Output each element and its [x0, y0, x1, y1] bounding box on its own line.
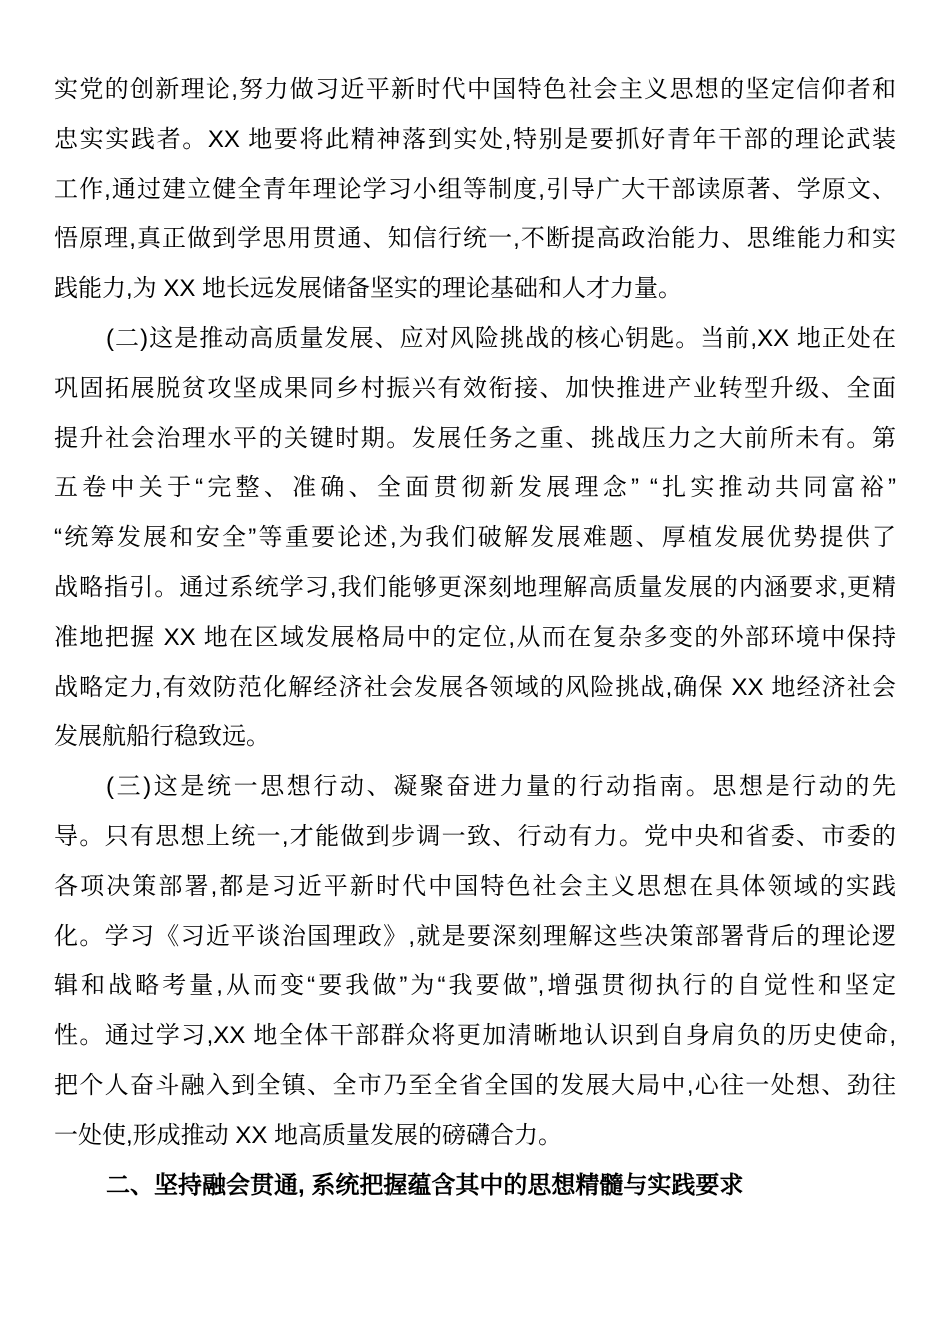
document-page: 实党的创新理论,努力做习近平新时代中国特色社会主义思想的坚定信仰者和忠实实践者。… — [0, 0, 950, 1344]
text-line: “统筹发展和安全”等重要论述,为我们破解发展难题、厚植发展优势提供了 — [54, 513, 896, 563]
text-line: 一处使,形成推动 XX 地高质量发展的磅礴合力。 — [54, 1111, 896, 1161]
text-line: 把个人奋斗融入到全镇、全市乃至全省全国的发展大局中,心往一处想、劲往 — [54, 1061, 896, 1111]
text-line: 辑和战略考量,从而变“要我做”为“我要做”,增强贯彻执行的自觉性和坚定 — [54, 961, 896, 1011]
text-line: 发展航船行稳致远。 — [54, 712, 896, 762]
text-line: 性。通过学习,XX 地全体干部群众将更加清晰地认识到自身肩负的历史使命, — [54, 1011, 896, 1061]
paragraph-4-section-heading: 二、坚持融会贯通, 系统把握蕴含其中的思想精髓与实践要求 — [54, 1161, 896, 1211]
document-body: 实党的创新理论,努力做习近平新时代中国特色社会主义思想的坚定信仰者和忠实实践者。… — [54, 65, 896, 1210]
text-line: (二)这是推动高质量发展、应对风险挑战的核心钥匙。当前,XX 地正处在 — [54, 314, 896, 364]
text-line: (三)这是统一思想行动、凝聚奋进力量的行动指南。思想是行动的先 — [54, 762, 896, 812]
text-line: 导。只有思想上统一,才能做到步调一致、行动有力。党中央和省委、市委的 — [54, 812, 896, 862]
text-line: 工作,通过建立健全青年理论学习小组等制度,引导广大干部读原著、学原文、 — [54, 165, 896, 215]
paragraph-1-continuation: 实党的创新理论,努力做习近平新时代中国特色社会主义思想的坚定信仰者和忠实实践者。… — [54, 65, 896, 314]
text-line: 悟原理,真正做到学思用贯通、知信行统一,不断提高政治能力、思维能力和实 — [54, 214, 896, 264]
text-line: 准地把握 XX 地在区域发展格局中的定位,从而在复杂多变的外部环境中保持 — [54, 613, 896, 663]
text-line: 巩固拓展脱贫攻坚成果同乡村振兴有效衔接、加快推进产业转型升级、全面 — [54, 364, 896, 414]
text-line: 二、坚持融会贯通, 系统把握蕴含其中的思想精髓与实践要求 — [54, 1161, 896, 1211]
text-line: 战略定力,有效防范化解经济社会发展各领域的风险挑战,确保 XX 地经济社会 — [54, 663, 896, 713]
text-line: 各项决策部署,都是习近平新时代中国特色社会主义思想在具体领域的实践 — [54, 862, 896, 912]
paragraph-2-point-two: (二)这是推动高质量发展、应对风险挑战的核心钥匙。当前,XX 地正处在巩固拓展脱… — [54, 314, 896, 762]
text-line: 五卷中关于“完整、准确、全面贯彻新发展理念” “扎实推动共同富裕” — [54, 463, 896, 513]
text-line: 战略指引。通过系统学习,我们能够更深刻地理解高质量发展的内涵要求,更精 — [54, 563, 896, 613]
text-line: 化。学习《习近平谈治国理政》,就是要深刻理解这些决策部署背后的理论逻 — [54, 912, 896, 962]
text-line: 践能力,为 XX 地长远发展储备坚实的理论基础和人才力量。 — [54, 264, 896, 314]
paragraph-3-point-three: (三)这是统一思想行动、凝聚奋进力量的行动指南。思想是行动的先导。只有思想上统一… — [54, 762, 896, 1160]
text-line: 实党的创新理论,努力做习近平新时代中国特色社会主义思想的坚定信仰者和 — [54, 65, 896, 115]
text-line: 忠实实践者。XX 地要将此精神落到实处,特别是要抓好青年干部的理论武装 — [54, 115, 896, 165]
text-line: 提升社会治理水平的关键时期。发展任务之重、挑战压力之大前所未有。第 — [54, 414, 896, 464]
